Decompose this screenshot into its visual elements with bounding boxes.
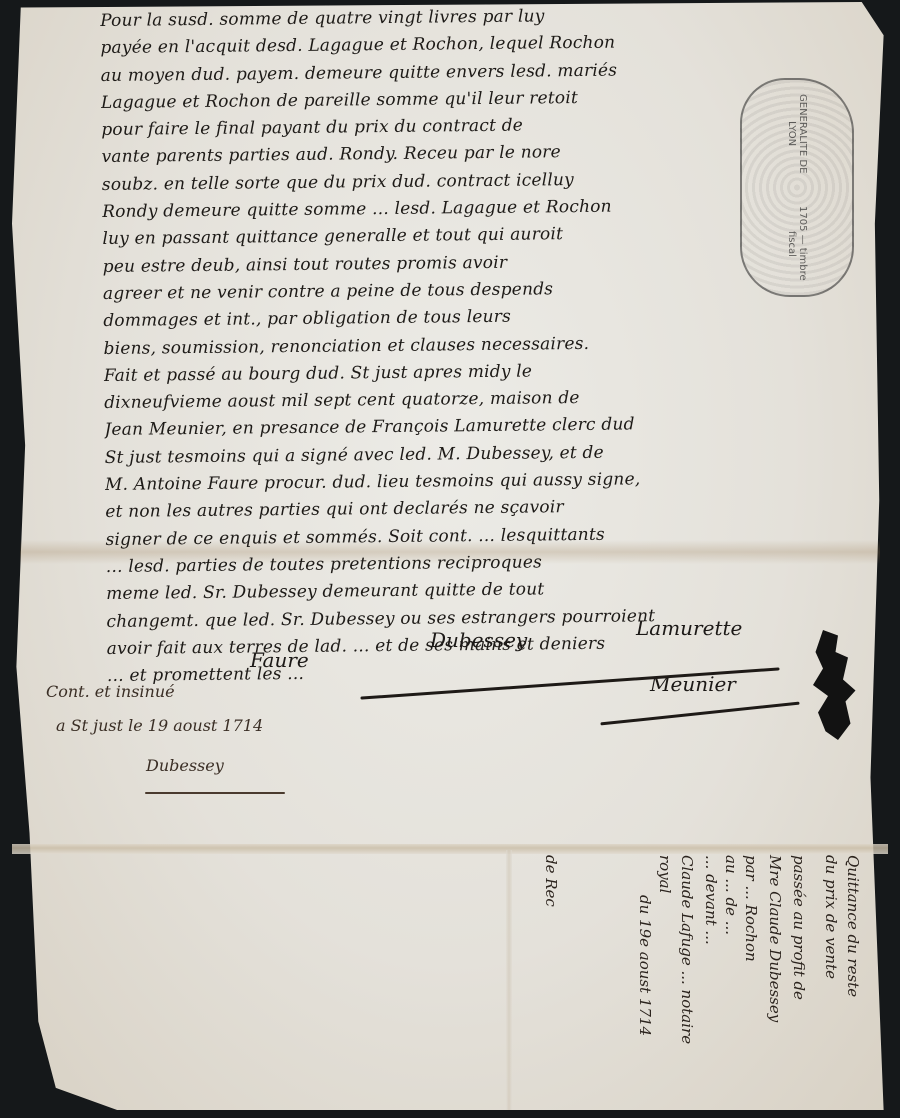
endorsement-line: Claude Lafuge ... notaire <box>678 855 696 1044</box>
signature-controller: Dubessey <box>146 756 224 775</box>
tax-stamp: GENERALITE DE LYON 1705 — timbre fiscal <box>740 78 854 297</box>
control-note-line1: Cont. et insinué <box>46 682 175 701</box>
stamp-detail: 1705 — timbre fiscal <box>786 192 808 295</box>
endorsement-line: de Rec <box>542 855 560 907</box>
docket-endorsement: Quittance du reste du prix de vente pass… <box>520 855 880 1105</box>
stamp-label: GENERALITE DE LYON <box>786 80 808 186</box>
control-note-line2: a St just le 19 aoust 1714 <box>56 716 263 735</box>
endorsement-line: passée au profit de <box>790 855 808 1000</box>
signature-flourish <box>145 792 285 794</box>
endorsement-line: par ... Rochon <box>742 855 760 962</box>
endorsement-line: du 19e aoust 1714 <box>636 895 654 1036</box>
endorsement-line: au ... de ... <box>722 855 740 935</box>
endorsement-line: ... devant ... <box>702 855 720 945</box>
endorsement-line: Quittance du reste <box>844 855 862 997</box>
signature-lamurette: Lamurette <box>636 616 742 640</box>
vertical-fold <box>506 850 512 1110</box>
signature-faure: Faure <box>250 648 309 672</box>
horizontal-fold <box>12 844 888 854</box>
endorsement-line: royal <box>656 855 674 893</box>
signature-dubessey: Dubessey <box>430 628 527 652</box>
endorsement-line: du prix de vente <box>822 855 840 979</box>
endorsement-line: Mre Claude Dubessey <box>766 855 784 1022</box>
